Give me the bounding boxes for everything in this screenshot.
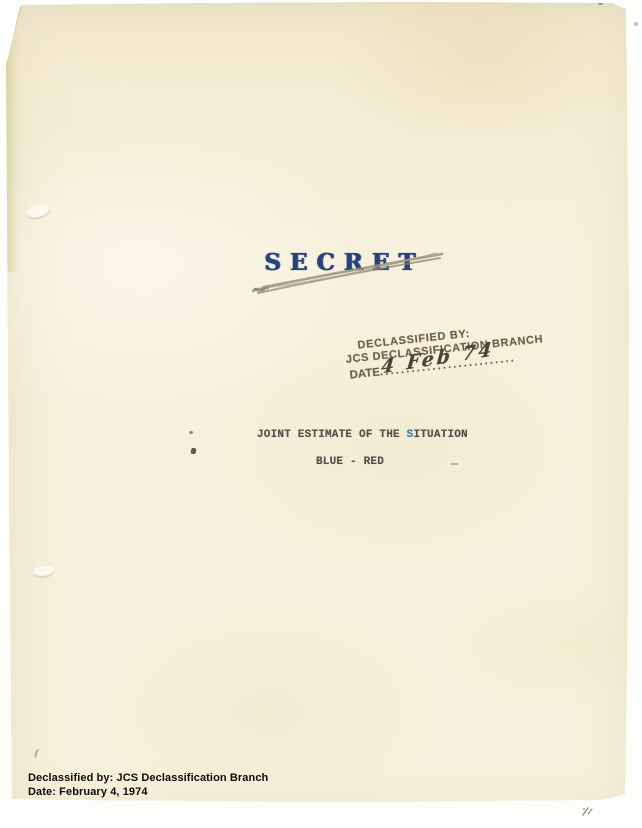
paper-edge-tint — [4, 2, 18, 272]
ink-speck — [189, 431, 193, 434]
document-page: SECRET DECLASSIFIED BY: JCS DECLASSIFICA… — [0, 0, 642, 828]
paper-blemish — [32, 565, 54, 579]
paper-blemish — [25, 202, 51, 220]
declassification-caption: Declassified by: JCS Declassification Br… — [28, 772, 268, 799]
ink-speck — [598, 1, 603, 5]
scanned-document-scene: SECRET DECLASSIFIED BY: JCS DECLASSIFICA… — [0, 0, 642, 828]
ink-speck — [190, 448, 196, 455]
document-subtitle: BLUE - RED — [316, 456, 384, 468]
pen-flick-mark — [34, 748, 44, 760]
strikethrough-scribble-icon — [250, 244, 450, 300]
document-title: JOINT ESTIMATE OF THE SITUATION — [257, 429, 468, 441]
stamp-date-label: DATE — [349, 366, 381, 381]
faint-dash-mark — [451, 463, 458, 465]
declassification-caption-line1: Declassified by: JCS Declassification Br… — [28, 772, 268, 786]
scan-corner-scribble — [581, 805, 595, 817]
scan-margin-speck — [634, 22, 638, 26]
document-title-suffix: ITUATION — [413, 429, 467, 441]
declassification-caption-line2: Date: February 4, 1974 — [28, 786, 268, 800]
declassification-stamp: DECLASSIFIED BY: JCS DECLASSIFICATION BR… — [344, 319, 557, 382]
document-title-prefix: JOINT ESTIMATE OF THE — [257, 429, 407, 441]
